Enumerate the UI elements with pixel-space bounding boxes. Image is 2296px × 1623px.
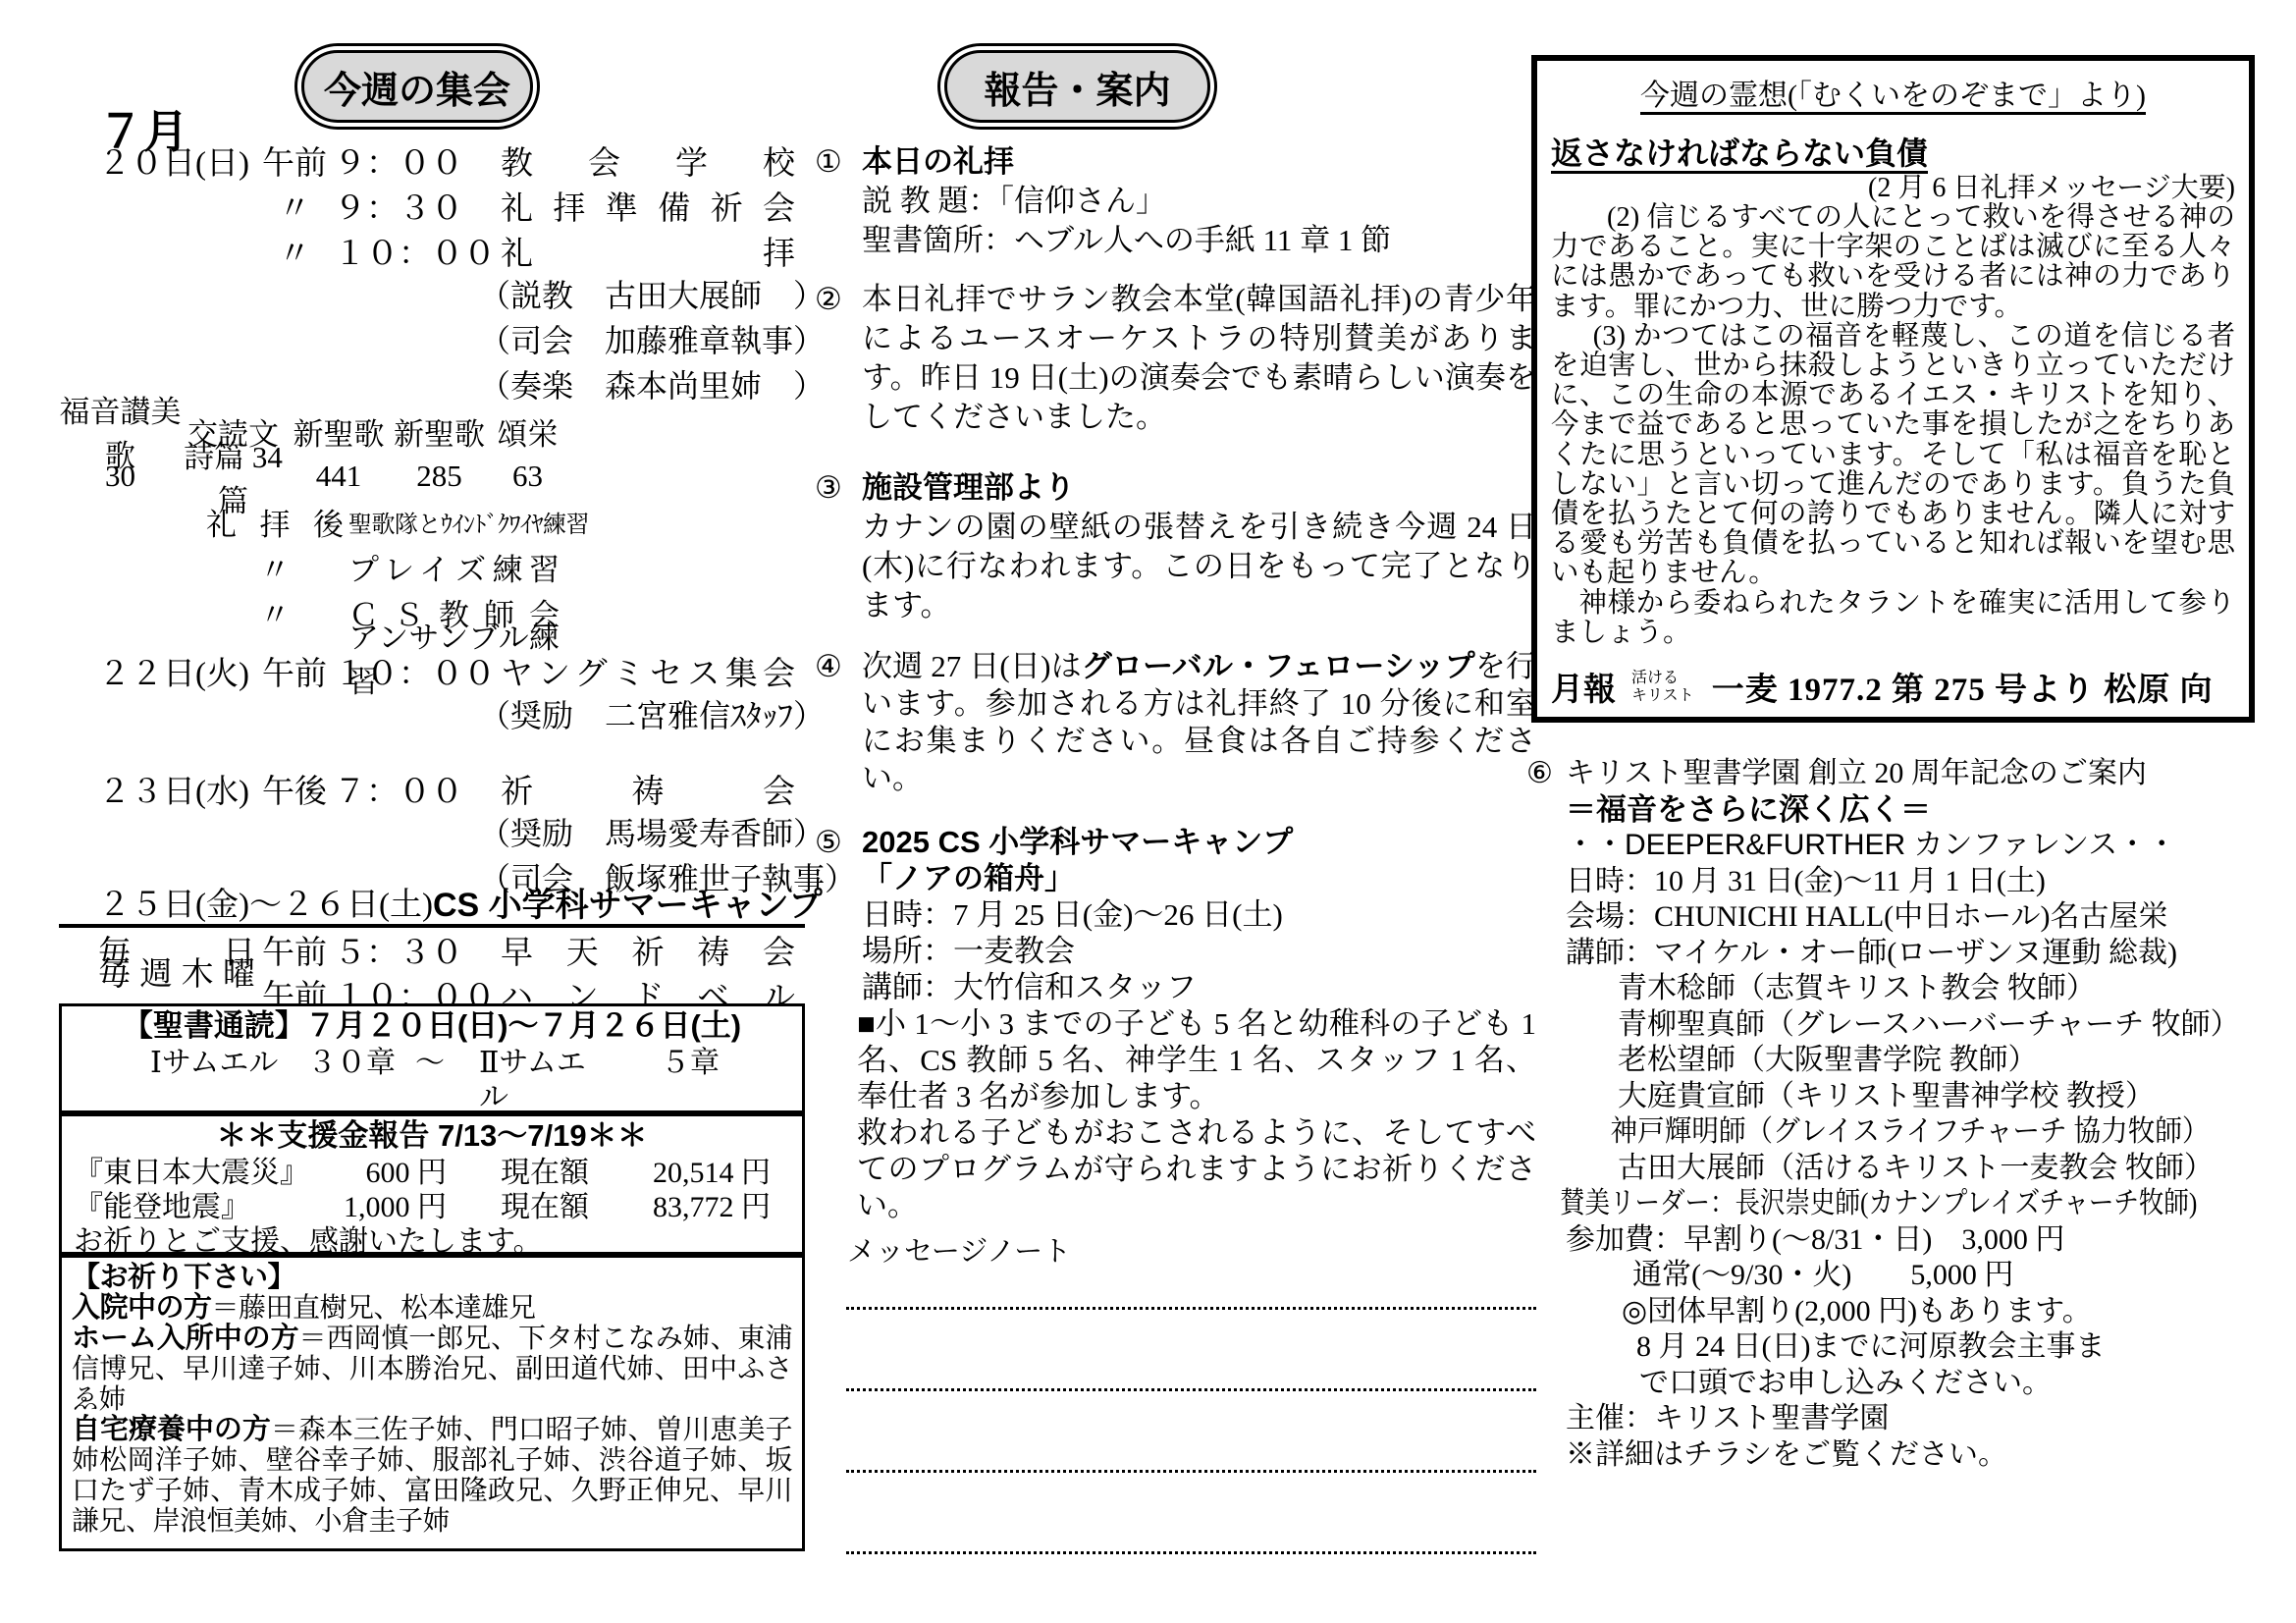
schedule-row: ２５日(金)～２６日(土) CS 小学科サマーキャンプ (59, 879, 805, 924)
fund-name: 『能登地震』 (74, 1190, 299, 1224)
camp-label: CS 小学科サマーキャンプ (433, 878, 823, 926)
announcements-pill: 報告・案内 (937, 43, 1217, 130)
schedule-event: ヤングミセス集会 (501, 648, 795, 694)
camp-prayer-request: 救われる子どもがおこされるように、そしてすべてのプログラムが守られますようにお祈… (815, 1114, 1536, 1223)
weekly-meetings-pill-inner: 今週の集会 (301, 50, 533, 123)
item-number: ① (815, 142, 862, 182)
current-label: 現在額 (486, 1190, 604, 1224)
fee-regular-line: 通常(～9/30・火) 5,000 円 (1526, 1258, 2261, 1294)
after-service-label: 礼拝後 (206, 500, 344, 544)
schedule-row: 〃 ９：３０ 礼拝準備祈会 (59, 183, 805, 228)
meditation-source-row: 月報 活ける キリスト 一麦 1977.2 第 275 号より 松原 向 (1551, 664, 2235, 710)
current-label: 現在額 (486, 1156, 604, 1190)
prayer-entry: 自宅療養中の方＝森本三佐子姉、門口昭子姉、曽川恵美子姉松岡洋子姉、壁谷幸子姉、服… (72, 1415, 792, 1537)
after-service-event: プレイズ練習 (348, 545, 560, 589)
meditation-title: 今週の霊想(「むくいをのぞまで」より) (1551, 71, 2235, 114)
church-bulletin: { "left": { "pill_label": "今週の集会", "mont… (0, 0, 2296, 1623)
note-line (846, 1307, 1536, 1310)
hymn-number: 441 (285, 459, 393, 494)
fund-amount: 600 円 (299, 1156, 447, 1190)
camp-date-line: 日時：7 月 25 日(金)～26 日(土) (815, 896, 1536, 933)
schedule-event: 教会学校 (501, 137, 795, 184)
camp-schedule: ２５日(金)～２６日(土) CS 小学科サマーキャンプ (59, 879, 805, 924)
item-body: カナンの園の壁紙の張替えを引き続き今週 24 日(木)に行なわれます。この日をも… (815, 508, 1536, 625)
camp-place-line: 場所：一麦教会 (815, 933, 1536, 969)
schedule-event: 礼拝準備祈会 (501, 183, 795, 229)
message-note-label: メッセージノート (847, 1229, 1071, 1270)
chapter-from: ３０章 (288, 1046, 396, 1114)
schedule-time: １０：００ (334, 228, 452, 274)
sunday-schedule: ２０日(日) 午前 ９：００ 教会学校 〃 ９：３０ 礼拝準備祈会 〃 １０：０… (59, 137, 805, 679)
meditation-paragraph: 神様から委ねられたタラントを確実に活用して参りましょう。 (1551, 589, 2235, 648)
fee-early-line: 参加費：早割り(～8/31・日) 3,000 円 (1526, 1222, 2261, 1259)
support-report-box: ＊＊支援金報告 7/13～7/19＊＊ 『東日本大震災』 600 円 現在額 2… (59, 1113, 805, 1255)
item-number: ④ (815, 648, 862, 797)
schedule-event: 祈祷会 (501, 766, 795, 812)
schedule-date: ２２日(火) (59, 648, 255, 694)
schedule-date: ２０日(日) (59, 137, 255, 184)
small-label-bottom: キリスト (1631, 687, 1694, 704)
anniversary-title: キリスト聖書学園 創立 20 周年記念のご案内 (1566, 756, 2147, 792)
speaker-line: 老松望師（大阪聖書学院 教師） (1526, 1043, 2261, 1079)
conference-venue: 会場：CHUNICHI HALL(中日ホール)名古屋栄 (1526, 899, 2261, 936)
source-citation: 一麦 1977.2 第 275 号より 松原 向 (1712, 664, 2214, 710)
ditto-mark: 〃 (206, 545, 344, 589)
hymn-header: 頌栄 (486, 409, 569, 454)
support-report-title: ＊＊支援金報告 7/13～7/19＊＊ (62, 1116, 802, 1156)
body-prefix: 次週 27 日(日)は (862, 649, 1082, 683)
item-number: ③ (815, 468, 862, 508)
meditation-heading: 返さなければならない負債 (1551, 135, 1928, 174)
camp-subtitle: 「ノアの箱舟」 (815, 860, 1536, 896)
anniversary-slogan: ＝福音をさらに深く広く＝ (1526, 792, 2261, 829)
ditto-mark: 〃 (206, 590, 344, 634)
weekly-meetings-title: 今週の集会 (324, 60, 510, 114)
meditation-paragraph: (2) 信じるすべての人にとって救いを得させる神の力であること。実に十字架のこと… (1551, 203, 2235, 322)
bible-reading-box: 【聖書通読】７月２０日(日)～７月２６日(土) Ⅰサムエル ３０章 ～ Ⅱサムエ… (59, 1003, 805, 1113)
speaker-line: 大庭貴宣師（キリスト聖書神学校 教授） (1526, 1079, 2261, 1115)
fee-group-line: ◎団体早割り(2,000 円)もあります。 (1526, 1294, 2261, 1330)
tuesday-schedule: ２２日(火) 午前 １０：００ ヤングミセス集会 （奨励 二宮雅信ｽﾀｯﾌ） (59, 648, 805, 738)
speaker-line: 古田大展師（活けるキリスト一麦教会 牧師） (1526, 1151, 2261, 1187)
host-line: 主催：キリスト聖書学園 (1526, 1401, 2261, 1437)
hymn-number: 285 (393, 459, 486, 494)
schedule-time: ９：３０ (334, 183, 452, 229)
camp-participants: ■小 1～小 3 までの子ども 5 名と幼稚科の子ども 1 名、CS 教師 5 … (815, 1005, 1536, 1114)
prayer-names: ＝藤田直樹兄、松本達雄兄 (212, 1293, 536, 1324)
schedule-event: 早天祈祷会 (501, 927, 795, 973)
prayer-entry: 入院中の方＝藤田直樹兄、松本達雄兄 (72, 1293, 792, 1324)
schedule-time: １０：００ (334, 648, 452, 694)
item-number: ② (815, 280, 862, 437)
ditto-mark: 〃 (255, 228, 334, 274)
announcement-item-4: ④ 次週 27 日(日)はグローバル・フェローシップを行います。参加される方は礼… (815, 648, 1536, 797)
announcements-title: 報告・案内 (984, 60, 1170, 114)
praise-leader-line: 賛美リーダー：長沢崇史師(カナンプレイズチャーチ牧師) (1526, 1186, 2151, 1222)
prayer-category: 自宅療養中の方 (72, 1414, 271, 1445)
item-title: 施設管理部より (862, 468, 1075, 508)
camp-teacher-line: 講師：大竹信和スタッフ (815, 969, 1536, 1005)
support-row: 『東日本大震災』 600 円 現在額 20,514 円 (62, 1156, 802, 1190)
announcement-item-1: ① 本日の礼拝 説 教 題：「信仰さん」 聖書箇所：ヘブル人への手紙 11 章 … (815, 142, 1536, 260)
living-christ-small-label: 活ける キリスト (1631, 670, 1694, 704)
small-label-top: 活ける (1631, 670, 1679, 686)
prayer-title: 【お祈り下さい】 (72, 1263, 792, 1293)
schedule-row: ２３日(水) 午後 ７：００ 祈祷会 (59, 766, 805, 811)
announcement-item-2: ② 本日礼拝でサラン教会本堂(韓国語礼拝)の青少年によるユースオーケストラの特別… (815, 280, 1536, 437)
hymn-number-row: 30 詩篇 34 篇 441 285 63 (59, 454, 805, 499)
chapter-to: ５章 (612, 1046, 720, 1114)
conference-speaker-line: 講師：マイケル・オー師(ローザンヌ運動 総裁) (1526, 936, 2261, 972)
schedule-ampm: 午後 (255, 766, 334, 812)
meditation-subheading: (2 月 6 日礼拝メッセージ大要) (1551, 174, 2235, 203)
note-line (846, 1388, 1536, 1391)
conference-date: 日時：10 月 31 日(金)～11 月 1 日(土) (1526, 864, 2261, 900)
schedule-time: ９：００ (334, 137, 452, 184)
service-credit-sermon: （説教 古田大展師 ） (59, 273, 805, 318)
fund-total: 20,514 円 (604, 1156, 771, 1190)
hymn-header-row: 福音讃美歌 交読文 新聖歌 新聖歌 頌栄 (59, 408, 805, 454)
schedule-time: ５：３０ (334, 927, 452, 973)
announcement-item-6: ⑥ キリスト聖書学園 創立 20 周年記念のご案内 ＝福音をさらに深く広く＝ ・… (1526, 756, 2261, 1473)
apply-deadline-line: 8 月 24 日(日)までに河原教会主事ま (1526, 1329, 2261, 1366)
bible-reading-title: 【聖書通読】７月２０日(日)～７月２６日(土) (62, 1006, 802, 1046)
schedule-ampm: 午前 (255, 648, 334, 694)
meditation-box: 今週の霊想(「むくいをのぞまで」より) 返さなければならない負債 (2 月 6 … (1531, 55, 2255, 723)
prayer-entry: ホーム入所中の方＝西岡慎一郎兄、下タ村こなみ姉、東浦信博兄、早川達子姉、川本勝治… (72, 1324, 792, 1415)
bible-reading-row: Ⅰサムエル ３０章 ～ Ⅱサムエル ５章 (62, 1046, 802, 1114)
flyer-note-line: ※詳細はチラシをご覧ください。 (1526, 1437, 2261, 1474)
fund-amount: 1,000 円 (299, 1190, 447, 1224)
schedule-row: ２２日(火) 午前 １０：００ ヤングミセス集会 (59, 648, 805, 693)
schedule-row: 〃 １０：００ 礼拝 (59, 228, 805, 273)
range-tilde: ～ (396, 1046, 464, 1114)
schedule-event: 礼拝 (501, 228, 795, 274)
schedule-date: ２５日(金)～２６日(土) (59, 879, 433, 925)
service-credit-encourage: （奨励 馬場愛寿香師） (59, 811, 805, 856)
book-to: Ⅱサムエル (464, 1046, 612, 1114)
service-credit-encourage: （奨励 二宮雅信ｽﾀｯﾌ） (59, 693, 805, 738)
after-service-event: 聖歌隊とｳｲﾝﾄﾞｸﾜｲﾔ練習 (348, 505, 589, 539)
speaker-line: 青木稔師（志賀キリスト教会 牧師） (1526, 971, 2261, 1007)
prayer-request-box: 【お祈り下さい】 入院中の方＝藤田直樹兄、松本達雄兄 ホーム入所中の方＝西岡慎一… (59, 1255, 805, 1551)
global-fellowship-bold: グローバル・フェローシップ (1082, 649, 1475, 683)
sermon-title-line: 説 教 題：「信仰さん」 (815, 182, 1536, 221)
support-row: 『能登地震』 1,000 円 現在額 83,772 円 (62, 1190, 802, 1224)
apply-method-line: で口頭でお申し込みください。 (1526, 1366, 2261, 1402)
scripture-line: 聖書箇所：ヘブル人への手紙 11 章 1 節 (815, 221, 1536, 260)
hymn-number: 30 (59, 459, 182, 494)
fund-total: 83,772 円 (604, 1190, 771, 1224)
note-line (846, 1551, 1536, 1554)
weekly-meetings-pill: 今週の集会 (294, 43, 540, 130)
item-title: 本日の礼拝 (862, 142, 1014, 182)
after-service-row: 礼拝後 聖歌隊とｳｲﾝﾄﾞｸﾜｲﾔ練習 (59, 499, 805, 544)
schedule-ampm: 午前 (255, 927, 334, 973)
meditation-paragraph: (3) かつてはこの福音を軽蔑し、この道を信じる者を迫害し、世から抹殺しようとい… (1551, 322, 2235, 589)
hymn-header: 新聖歌 (393, 409, 486, 454)
prayer-category: 入院中の方 (72, 1292, 212, 1324)
speaker-line: 青柳聖真師（グレースハーバーチャーチ 牧師） (1526, 1007, 2261, 1044)
item-number: ⑥ (1526, 756, 1566, 792)
schedule-row: ２０日(日) 午前 ９：００ 教会学校 (59, 137, 805, 183)
schedule-date: ２３日(水) (59, 766, 255, 812)
camp-title: 2025 CS 小学科サマーキャンプ (862, 824, 1293, 860)
ditto-mark: 〃 (255, 183, 334, 229)
schedule-time: ７：００ (334, 766, 452, 812)
prayer-category: ホーム入所中の方 (72, 1323, 299, 1354)
announcement-item-5: ⑤ 2025 CS 小学科サマーキャンプ 「ノアの箱舟」 日時：7 月 25 日… (815, 824, 1536, 1223)
book-from: Ⅰサムエル (150, 1046, 288, 1114)
hymn-number: 63 (486, 459, 569, 494)
fund-name: 『東日本大震災』 (74, 1156, 299, 1190)
announcements-pill-inner: 報告・案内 (944, 50, 1210, 123)
conference-name: ・・DEEPER&FURTHER カンファレンス・・ (1526, 828, 2261, 864)
note-line (846, 1470, 1536, 1473)
speaker-line: 神戸輝明師（グレイスライフチャーチ 協力牧師） (1526, 1114, 2202, 1151)
schedule-ampm: 午前 (255, 137, 334, 184)
monthly-report-label: 月報 (1551, 664, 1616, 710)
after-service-row: 〃 プレイズ練習 (59, 544, 805, 589)
item-number: ⑤ (815, 824, 862, 860)
item-body: 本日礼拝でサラン教会本堂(韓国語礼拝)の青少年によるユースオーケストラの特別賛美… (862, 280, 1536, 437)
hymn-header: 新聖歌 (285, 409, 393, 454)
announcement-item-3: ③ 施設管理部より カナンの園の壁紙の張替えを引き続き今週 24 日(木)に行な… (815, 468, 1536, 625)
item-body: 次週 27 日(日)はグローバル・フェローシップを行います。参加される方は礼拝終… (862, 648, 1536, 797)
service-credit-chair: （司会 加藤雅章執事） (59, 318, 805, 363)
